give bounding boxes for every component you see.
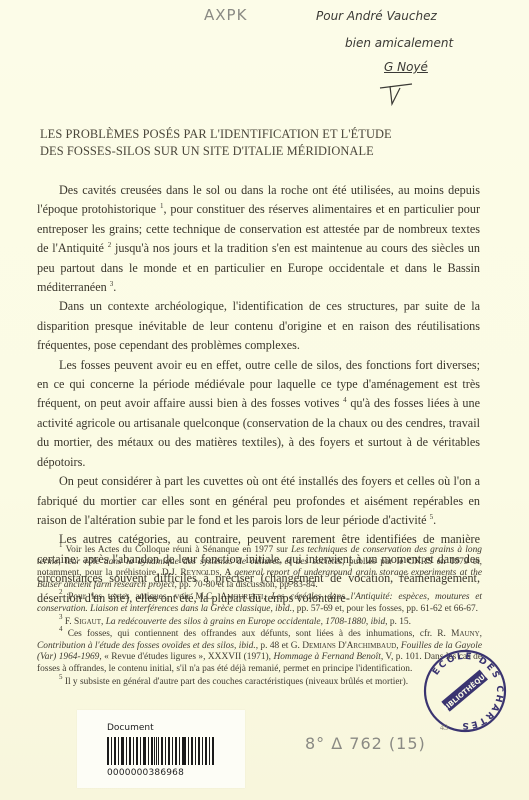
library-stamp-icon: ÉCOLE DES CHARTES BIBLIOTHÈQUE: [422, 648, 508, 734]
signature-flourish-icon: [378, 82, 418, 108]
barcode-label-title: Document: [107, 723, 154, 733]
article-title-line2: DES FOSSES-SILOS SUR UN SITE D'ITALIE MÉ…: [40, 143, 500, 160]
barcode-number: 0000000386968: [107, 768, 184, 778]
article-body: Des cavités creusées dans le sol ou dans…: [37, 181, 480, 608]
paragraph-4: On peut considérer à part les cuvettes o…: [37, 472, 480, 530]
footnote-3: 3 F. Sigaut, La redécouverte des silos à…: [37, 617, 482, 629]
handwritten-dedication-line1: Pour André Vauchez: [316, 9, 437, 23]
footnote-1: 1 Voir les Actes du Colloque réuni à Sén…: [37, 545, 482, 591]
pencil-call-id: AXPK: [204, 6, 247, 24]
handwritten-dedication-line2: bien amicalement: [345, 36, 453, 50]
footnote-4: 4 Ces fosses, qui contiennent des offran…: [37, 629, 482, 675]
paragraph-3: Les fosses peuvent avoir eu en effet, ou…: [37, 356, 480, 472]
svg-text:BIBLIOTHÈQUE: BIBLIOTHÈQUE: [440, 669, 490, 713]
footnote-2: 2 Pour les textes antiques, voir M.C. Am…: [37, 592, 482, 615]
barcode-label: Document 0000000386968: [77, 710, 245, 788]
pencil-shelfmark: 8° Δ 762 (15): [305, 734, 426, 753]
scanned-page: AXPK Pour André Vauchez bien amicalement…: [0, 0, 529, 800]
footnotes: 1 Voir les Actes du Colloque réuni à Sén…: [37, 545, 482, 689]
page-number: 43: [440, 723, 448, 732]
paragraph-1: Des cavités creusées dans le sol ou dans…: [37, 181, 480, 297]
paragraph-2: Dans un contexte archéologique, l'identi…: [37, 297, 480, 355]
barcode-icon: [107, 737, 215, 765]
handwritten-signature: G Noyé: [384, 60, 428, 74]
footnote-5: 5 Il y subsiste en général d'autre part …: [37, 677, 482, 689]
article-title: LES PROBLÈMES POSÉS PAR L'IDENTIFICATION…: [40, 126, 500, 160]
article-title-line1: LES PROBLÈMES POSÉS PAR L'IDENTIFICATION…: [40, 126, 500, 143]
